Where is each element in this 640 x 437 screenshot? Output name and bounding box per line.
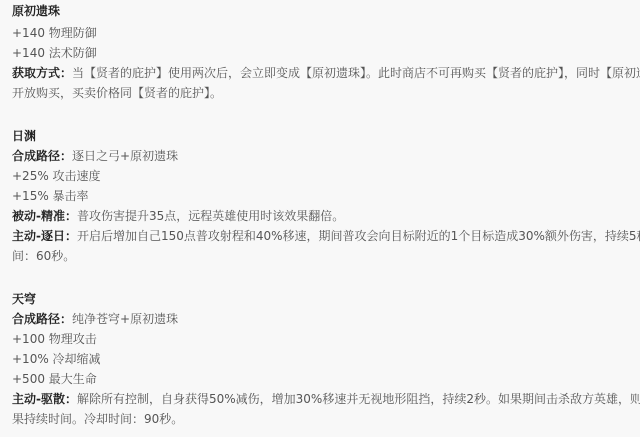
recipe-label: 合成路径：	[12, 149, 72, 163]
recipe-label: 合成路径：	[12, 312, 72, 326]
item-title-tianqiong: 天穹	[12, 291, 36, 307]
stat-line: +500 最大生命	[12, 371, 97, 387]
item-title-riyuan: 日渊	[12, 128, 36, 144]
active-line: 主动-逐日：开启后增加自己150点普攻射程和40%移速，期间普攻会向目标附近的1…	[12, 228, 640, 244]
acquire-line-continued: 开放购买，买卖价格同【贤者的庇护】。	[12, 85, 222, 101]
recipe-text: 纯净苍穹+原初遗珠	[72, 312, 178, 326]
passive-label: 被动-精准：	[12, 209, 77, 223]
recipe-text: 逐日之弓+原初遗珠	[72, 149, 178, 163]
recipe-line: 合成路径：纯净苍穹+原初遗珠	[12, 311, 178, 327]
passive-line: 被动-精准：普攻伤害提升35点，远程英雄使用时该效果翻倍。	[12, 208, 344, 224]
active-line-continued: 间：60秒。	[12, 248, 75, 264]
active-label: 主动-逐日：	[12, 229, 77, 243]
stat-line: +140 物理防御	[12, 25, 97, 41]
active-label: 主动-驱散：	[12, 392, 77, 406]
stat-line: +10% 冷却缩减	[12, 351, 101, 367]
stat-line: +25% 攻击速度	[12, 168, 101, 184]
recipe-line: 合成路径：逐日之弓+原初遗珠	[12, 148, 178, 164]
acquire-line: 获取方式：当【贤者的庇护】使用两次后，会立即变成【原初遗珠】。此时商店不可再购买…	[12, 65, 640, 81]
active-line-continued: 果持续时间。冷却时间：90秒。	[12, 411, 183, 427]
active-text: 解除所有控制，自身获得50%减伤，增加30%移速并无视地形阻挡，持续2秒。如果期…	[77, 392, 640, 406]
stat-line: +100 物理攻击	[12, 331, 97, 347]
stat-line: +15% 暴击率	[12, 188, 89, 204]
acquire-label: 获取方式：	[12, 66, 72, 80]
active-line: 主动-驱散：解除所有控制，自身获得50%减伤，增加30%移速并无视地形阻挡，持续…	[12, 391, 640, 407]
item-description-document: 原初遗珠 +140 物理防御 +140 法术防御 获取方式：当【贤者的庇护】使用…	[0, 0, 640, 437]
acquire-text: 当【贤者的庇护】使用两次后，会立即变成【原初遗珠】。此时商店不可再购买【贤者的庇…	[72, 66, 640, 80]
passive-text: 普攻伤害提升35点，远程英雄使用时该效果翻倍。	[77, 209, 344, 223]
stat-line: +140 法术防御	[12, 45, 97, 61]
item-title-primordial-pearl: 原初遗珠	[12, 3, 60, 19]
active-text: 开启后增加自己150点普攻射程和40%移速，期间普攻会向目标附近的1个目标造成3…	[77, 229, 640, 243]
